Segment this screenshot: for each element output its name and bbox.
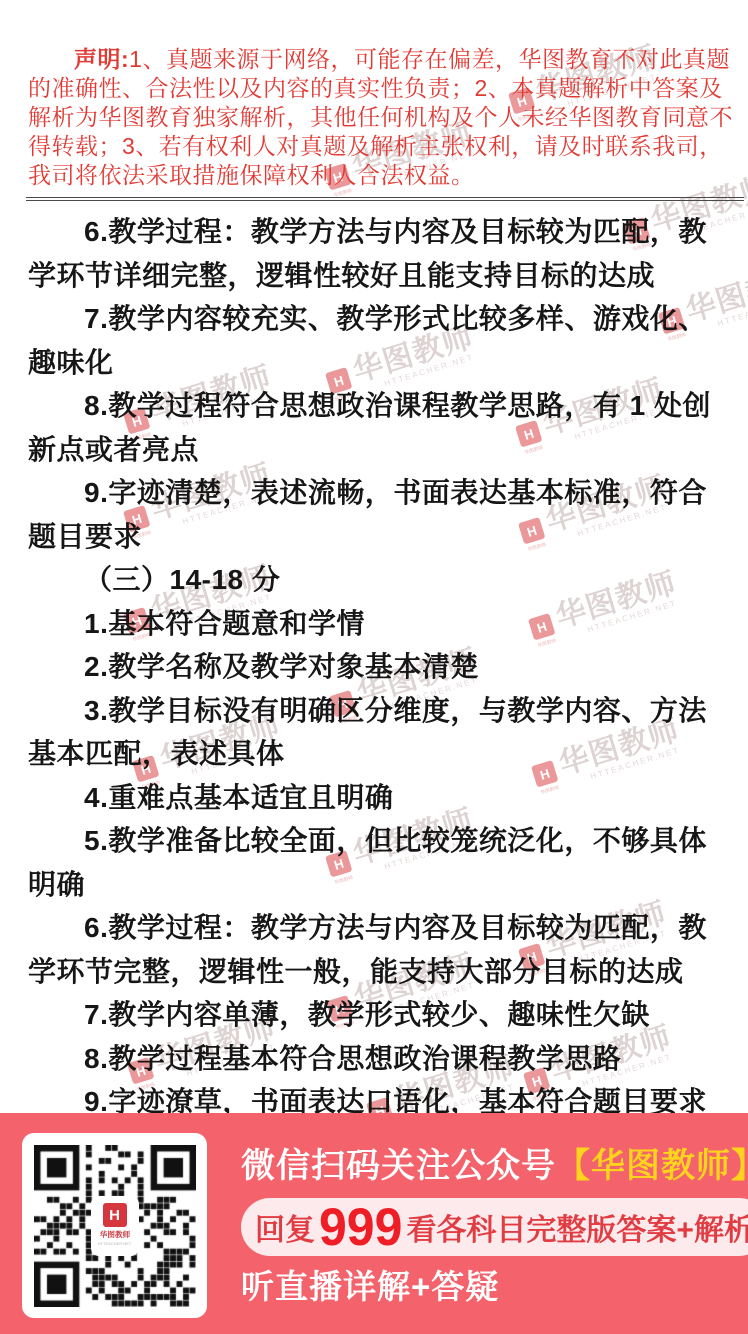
reply-code-pill: 回复 999 看各科目完整版答案+解析: [241, 1198, 748, 1256]
document-page: H 华图教师 华图教师 HTTEACHER.NET H 华图教师 华图教师 HT…: [0, 0, 748, 1334]
body-paragraph: 3.教学目标没有明确区分维度，与教学内容、方法基本匹配，表述具体: [28, 689, 724, 776]
qr-code: H 华图教师 HTTEACHER.NET: [22, 1133, 207, 1318]
divider-line: [26, 197, 744, 201]
footer-brand-highlight: 【华图教师】: [556, 1147, 748, 1185]
footer-line1: 微信扫码关注公众号【华图教师】: [241, 1144, 748, 1188]
footer-line3: 听直播详解+答疑: [241, 1266, 748, 1308]
qr-center-logo: H 华图教师 HTTEACHER.NET: [93, 1198, 137, 1254]
body-paragraph: 7.教学内容较充实、教学形式比较多样、游戏化、趣味化: [28, 297, 724, 384]
disclaimer-body: 1、真题来源于网络，可能存在偏差，华图教育不对此真题的准确性、合法性以及内容的真…: [28, 46, 733, 188]
pill-suffix: 看各科目完整版答案+解析: [406, 1205, 748, 1249]
document-body: 6.教学过程：教学方法与内容及目标较为匹配，教学环节详细完整，逻辑性较好且能支持…: [28, 210, 724, 1124]
body-paragraph: 8.教学过程基本符合思想政治课程教学思路: [28, 1037, 724, 1081]
body-paragraph: （三）14-18 分: [28, 558, 724, 602]
footer-line1-prefix: 微信扫码关注公众号: [241, 1147, 556, 1185]
disclaimer-label: 声明:: [74, 46, 129, 72]
huatu-logo-icon: H: [103, 1203, 127, 1227]
body-paragraph: 9.字迹清楚，表述流畅，书面表达基本标准，符合题目要求: [28, 471, 724, 558]
body-paragraph: 8.教学过程符合思想政治课程教学思路，有 1 处创新点或者亮点: [28, 384, 724, 471]
body-paragraph: 4.重难点基本适宜且明确: [28, 776, 724, 820]
pill-prefix: 回复: [255, 1205, 315, 1249]
body-paragraph: 5.教学准备比较全面，但比较笼统泛化，不够具体明确: [28, 819, 724, 906]
body-paragraph: 7.教学内容单薄，教学形式较少、趣味性欠缺: [28, 993, 724, 1037]
footer-banner: H 华图教师 HTTEACHER.NET 微信扫码关注公众号【华图教师】 回复 …: [0, 1113, 748, 1334]
body-paragraph: 6.教学过程：教学方法与内容及目标较为匹配，教学环节详细完整，逻辑性较好且能支持…: [28, 210, 724, 297]
pill-code: 999: [319, 1201, 402, 1254]
body-paragraph: 2.教学名称及教学对象基本清楚: [28, 645, 724, 689]
body-paragraph: 1.基本符合题意和学情: [28, 602, 724, 646]
disclaimer-text: 声明:1、真题来源于网络，可能存在偏差，华图教育不对此真题的准确性、合法性以及内…: [0, 0, 748, 190]
body-paragraph: 6.教学过程：教学方法与内容及目标较为匹配，教学环节完整，逻辑性一般，能支持大部…: [28, 906, 724, 993]
